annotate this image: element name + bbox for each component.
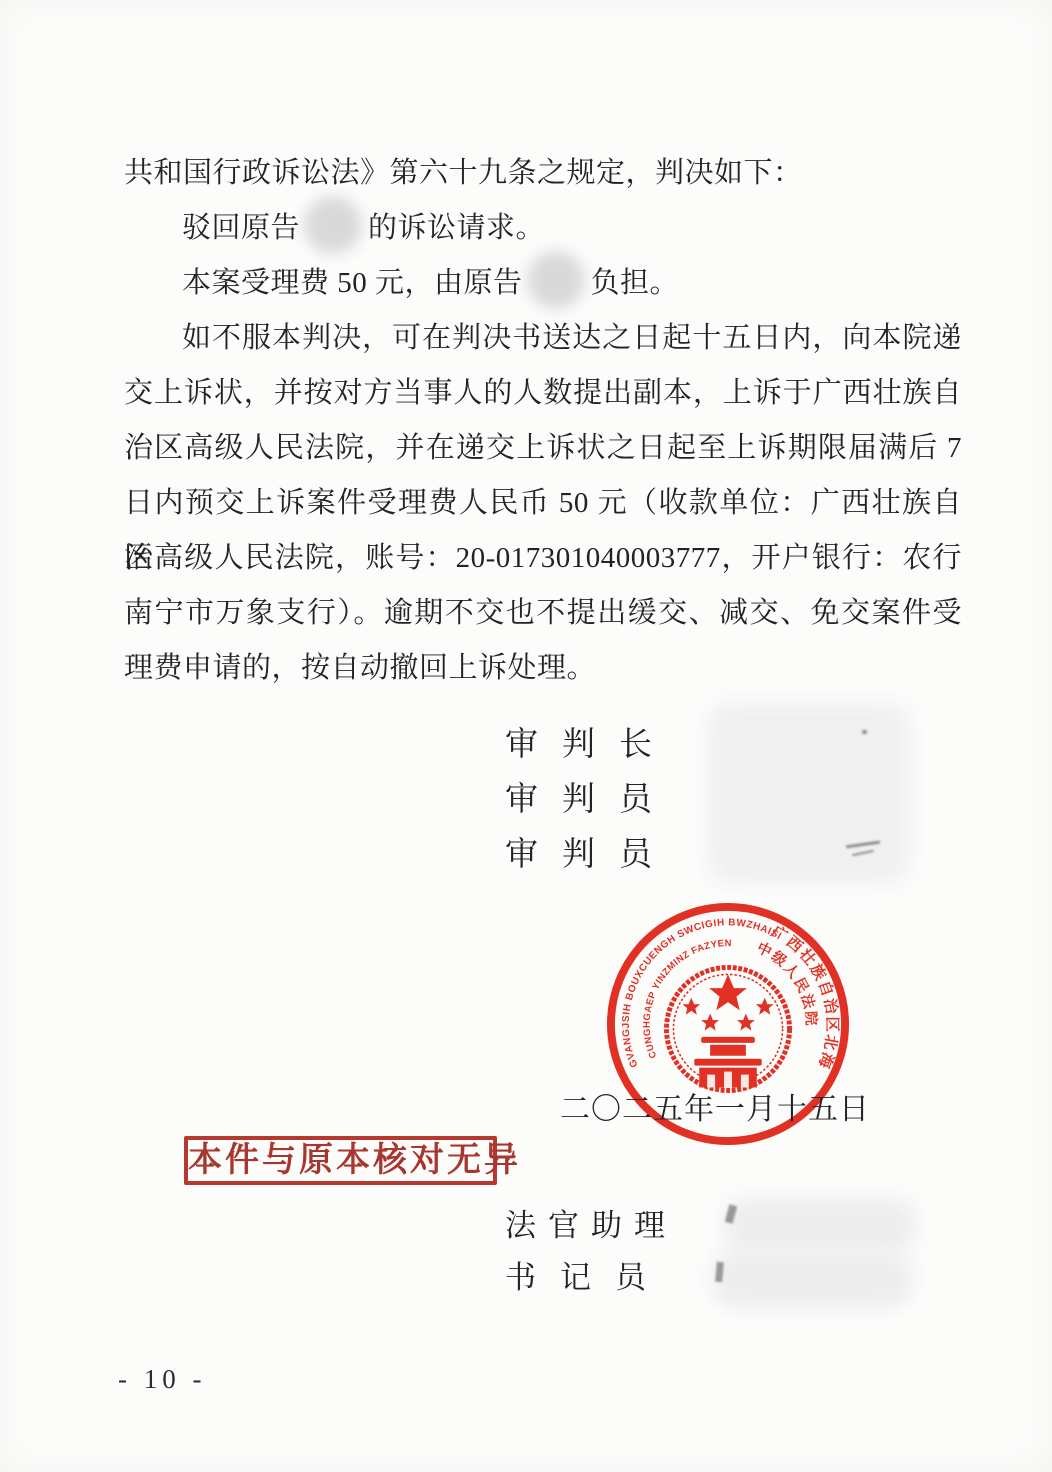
judgment-line: 区高级人民法院，账号：20-017301040003777，开户银行：农行 (124, 531, 962, 586)
emblem-small-star (701, 1014, 719, 1031)
line3-text-pre: 本案受理费 50 元，由原告 (182, 267, 523, 299)
emblem-small-star (756, 998, 774, 1015)
judgment-date: 二〇二五年一月十五日 (560, 1088, 870, 1132)
chief-judge-label: 审判长 (505, 718, 676, 773)
judge-label: 审判员 (505, 828, 676, 883)
judge-label: 审判员 (505, 773, 676, 828)
judgment-document-page: 共和国行政诉讼法》第六十九条之规定，判决如下： 驳回原告的诉讼请求。 本案受理费… (0, 0, 1052, 1472)
emblem-small-star (682, 998, 700, 1015)
line2-text-pre: 驳回原告 (182, 212, 300, 244)
redacted-clerk-name (712, 1250, 912, 1308)
judgment-line: 日内预交上诉案件受理费人民币 50 元（收款单位：广西壮族自治 (124, 476, 962, 531)
judgment-line: 治区高级人民法院，并在递交上诉状之日起至上诉期限届满后 7 (124, 421, 962, 476)
judgment-line: 南宁市万象支行）。逾期不交也不提出缓交、减交、免交案件受 (124, 586, 962, 641)
judge-assistant-label: 法官助理 (505, 1198, 677, 1253)
seal-national-emblem (666, 967, 789, 1090)
redacted-assistant-name (724, 1198, 916, 1252)
redacted-plaintiff-name (304, 196, 362, 254)
emblem-big-star (709, 974, 747, 1010)
redacted-judge-names (708, 702, 910, 884)
line3-text-post: 负担。 (591, 267, 680, 299)
judgment-line: 驳回原告的诉讼请求。 (124, 201, 962, 256)
judgment-line: 理费申请的，按自动撤回上诉处理。 (124, 641, 962, 696)
judgment-line: 交上诉状，并按对方当事人的人数提出副本，上诉于广西壮族自 (124, 366, 962, 421)
judgment-line: 本案受理费 50 元，由原告负担。 (124, 256, 962, 311)
judgment-line: 共和国行政诉讼法》第六十九条之规定，判决如下： (124, 146, 962, 201)
clerk-label: 书记员 (505, 1250, 670, 1305)
certification-stamp: 本件与原本核对无异 (184, 1136, 497, 1185)
line2-text-post: 的诉讼请求。 (368, 212, 545, 244)
redacted-plaintiff-name (527, 251, 585, 309)
emblem-tiananmen-gate (694, 1037, 761, 1088)
judgment-line: 如不服本判决，可在判决书送达之日起十五日内，向本院递 (124, 311, 962, 366)
page-number: - 10 - (118, 1364, 206, 1395)
signature-stray-mark (862, 730, 867, 734)
emblem-small-star (737, 1014, 755, 1031)
